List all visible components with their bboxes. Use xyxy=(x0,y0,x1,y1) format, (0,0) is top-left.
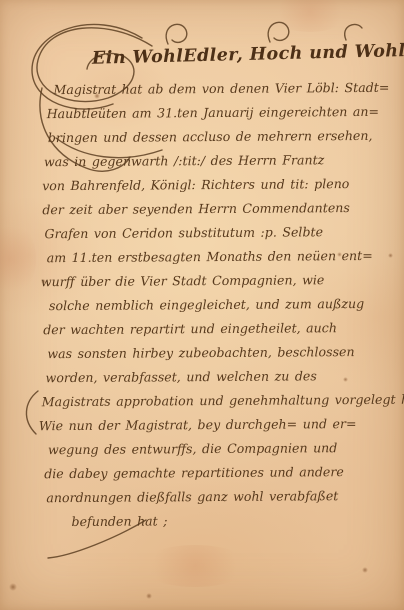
manuscript-line: von Bahrenfeld, Königl: Richters und tit… xyxy=(35,172,397,199)
manuscript-line: wurff über die Vier Stadt Compagnien, wi… xyxy=(36,268,398,295)
manuscript-body: Magistrat hat ab dem von denen Vier Löbl… xyxy=(34,76,399,535)
paper-stain xyxy=(270,0,350,32)
manuscript-line: solche nemblich eingegleichet, und zum a… xyxy=(36,292,398,319)
manuscript-line: Haubtleüten am 31.ten Januarij eingereic… xyxy=(35,100,397,127)
manuscript-line: worden, verabfasset, und welchen zu des xyxy=(36,364,398,391)
manuscript-line: am 11.ten erstbesagten Monaths den neüen… xyxy=(36,244,398,271)
manuscript-line: was sonsten hirbey zubeobachten, beschlo… xyxy=(36,340,398,367)
paper-stain xyxy=(140,545,250,587)
manuscript-line: anordnungen dießfalls ganz wohl verabfaß… xyxy=(37,484,399,511)
manuscript-line: der wachten repartirt und eingetheilet, … xyxy=(36,316,398,343)
foxing-spot xyxy=(9,583,17,591)
manuscript-line: die dabey gemachte repartitiones und and… xyxy=(37,460,399,487)
manuscript-page: Ein WohlEdler, Hoch und Wohlweyßer Magis… xyxy=(0,0,404,610)
manuscript-line: Magistrats approbation und genehmhaltung… xyxy=(37,388,399,415)
manuscript-line: was in gegenwarth /:tit:/ des Herrn Fran… xyxy=(35,148,397,175)
manuscript-line: Grafen von Ceridon substitutum :p. Selbt… xyxy=(35,220,397,247)
manuscript-line: bringen und dessen accluso de mehrern er… xyxy=(35,124,397,151)
foxing-spot xyxy=(362,567,368,573)
manuscript-line: der zeit aber seyenden Herrn Commendante… xyxy=(35,196,397,223)
foxing-spot xyxy=(146,593,152,599)
manuscript-line: wegung des entwurffs, die Compagnien und xyxy=(37,436,399,463)
manuscript-line: befunden hat ; xyxy=(37,508,399,535)
manuscript-line: Magistrat hat ab dem von denen Vier Löbl… xyxy=(34,76,396,103)
manuscript-heading: Ein WohlEdler, Hoch und Wohlweyßer xyxy=(92,39,404,68)
manuscript-line: Wie nun der Magistrat, bey durchgeh= und… xyxy=(37,412,399,439)
paper-stain xyxy=(0,220,36,298)
